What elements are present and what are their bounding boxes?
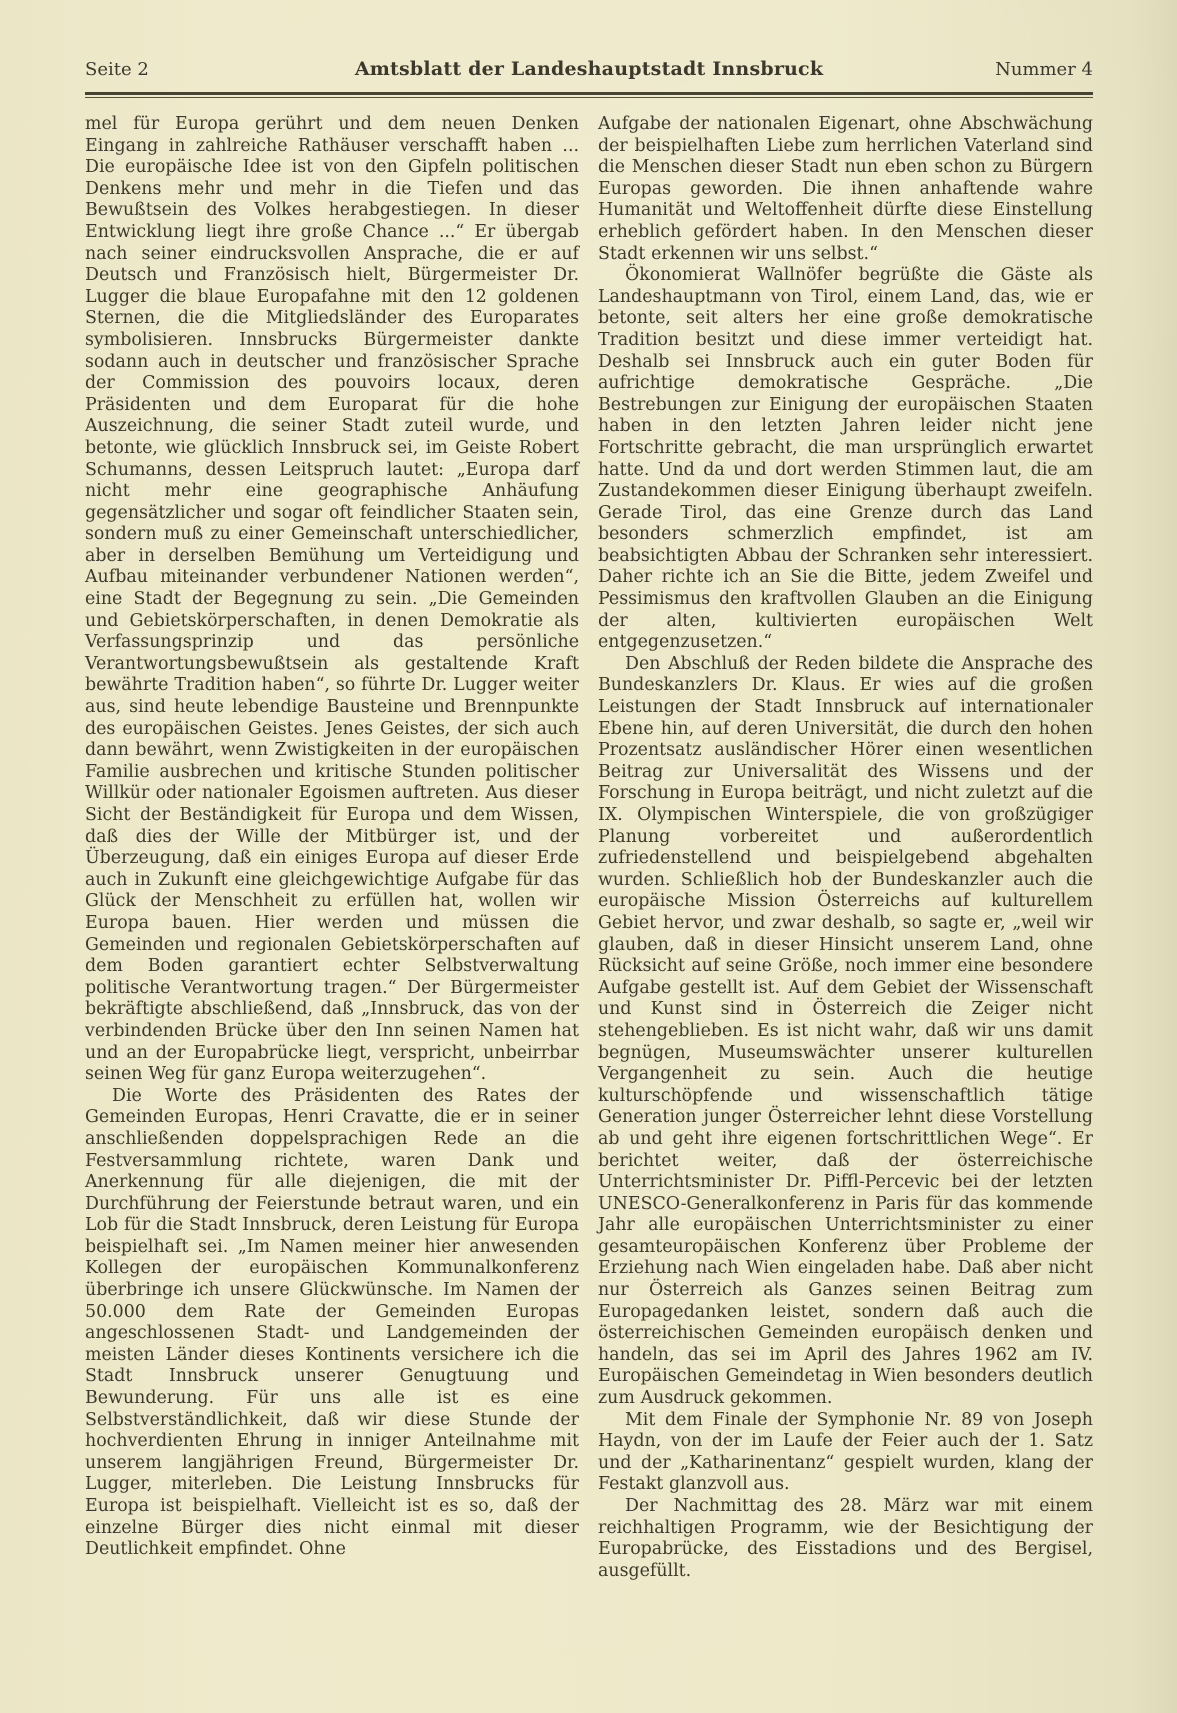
- masthead: Seite 2 Amtsblatt der Landeshauptstadt I…: [85, 58, 1093, 80]
- masthead-rule-thin: [85, 97, 1093, 98]
- column-left: mel für Europa gerührt und dem neuen Den…: [85, 114, 579, 1582]
- article-body: mel für Europa gerührt und dem neuen Den…: [85, 114, 1093, 1582]
- newspaper-title: Amtsblatt der Landeshauptstadt Innsbruck: [355, 58, 823, 80]
- page-number-label: Seite 2: [85, 59, 355, 80]
- masthead-rule: [85, 92, 1093, 98]
- masthead-rule-thick: [85, 92, 1093, 95]
- paragraph: Mit dem Finale der Symphonie Nr. 89 von …: [598, 1410, 1093, 1496]
- paragraph: Aufgabe der nationalen Eigenart, ohne Ab…: [598, 114, 1093, 265]
- paragraph: Ökonomierat Wallnöfer begrüßte die Gäste…: [598, 265, 1093, 654]
- paragraph: Die Worte des Präsidenten des Rates der …: [85, 1086, 579, 1561]
- paragraph: Der Nachmittag des 28. März war mit eine…: [598, 1496, 1093, 1582]
- scanned-newspaper-page: Seite 2 Amtsblatt der Landeshauptstadt I…: [0, 0, 1177, 1713]
- column-right: Aufgabe der nationalen Eigenart, ohne Ab…: [598, 114, 1093, 1582]
- paragraph: Den Abschluß der Reden bildete die Anspr…: [598, 654, 1093, 1410]
- issue-number-label: Nummer 4: [823, 59, 1093, 80]
- paragraph: mel für Europa gerührt und dem neuen Den…: [85, 114, 579, 1086]
